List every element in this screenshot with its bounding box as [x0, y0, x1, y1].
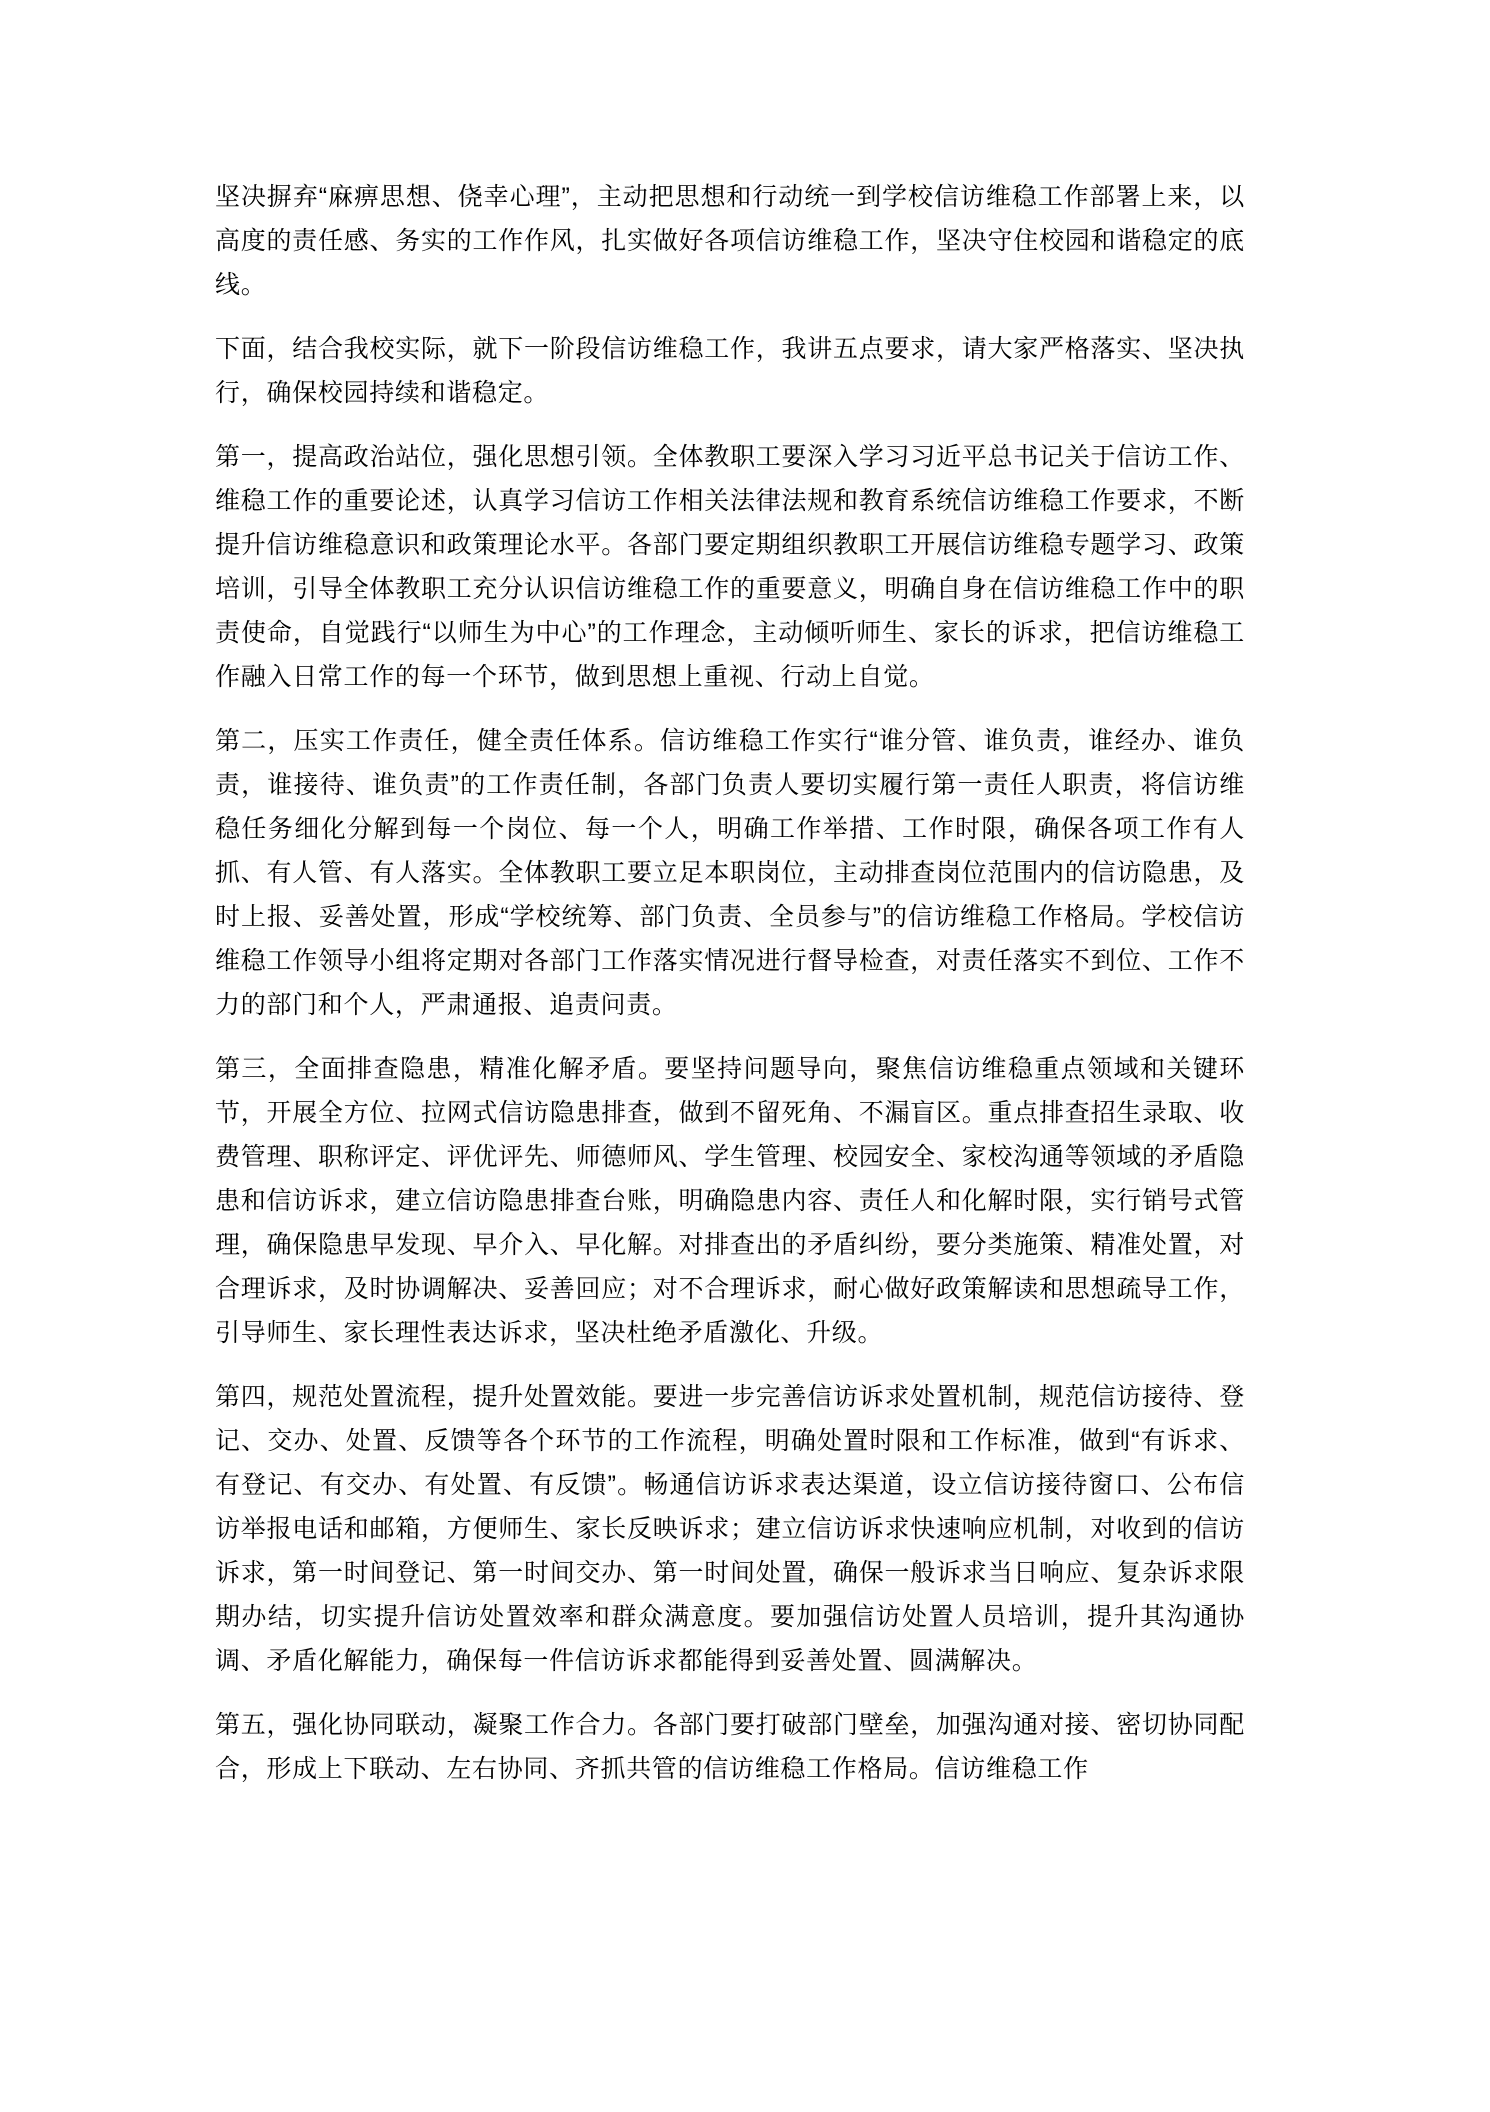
paragraph-intro: 下面，结合我校实际，就下一阶段信访维稳工作，我讲五点要求，请大家严格落实、坚决执… — [215, 327, 1245, 415]
document-page: 坚决摒弃“麻痹思想、侥幸心理”，主动把思想和行动统一到学校信访维稳工作部署上来，… — [0, 0, 1490, 2112]
document-body: 坚决摒弃“麻痹思想、侥幸心理”，主动把思想和行动统一到学校信访维稳工作部署上来，… — [215, 175, 1245, 1811]
paragraph-point-4: 第四，规范处置流程，提升处置效能。要进一步完善信访诉求处置机制，规范信访接待、登… — [215, 1375, 1245, 1683]
paragraph-point-2: 第二，压实工作责任，健全责任体系。信访维稳工作实行“谁分管、谁负责，谁经办、谁负… — [215, 719, 1245, 1027]
paragraph-continuation: 坚决摒弃“麻痹思想、侥幸心理”，主动把思想和行动统一到学校信访维稳工作部署上来，… — [215, 175, 1245, 307]
paragraph-point-1: 第一，提高政治站位，强化思想引领。全体教职工要深入学习习近平总书记关于信访工作、… — [215, 435, 1245, 699]
paragraph-point-5: 第五，强化协同联动，凝聚工作合力。各部门要打破部门壁垒，加强沟通对接、密切协同配… — [215, 1703, 1245, 1791]
paragraph-point-3: 第三，全面排查隐患，精准化解矛盾。要坚持问题导向，聚焦信访维稳重点领域和关键环节… — [215, 1047, 1245, 1355]
